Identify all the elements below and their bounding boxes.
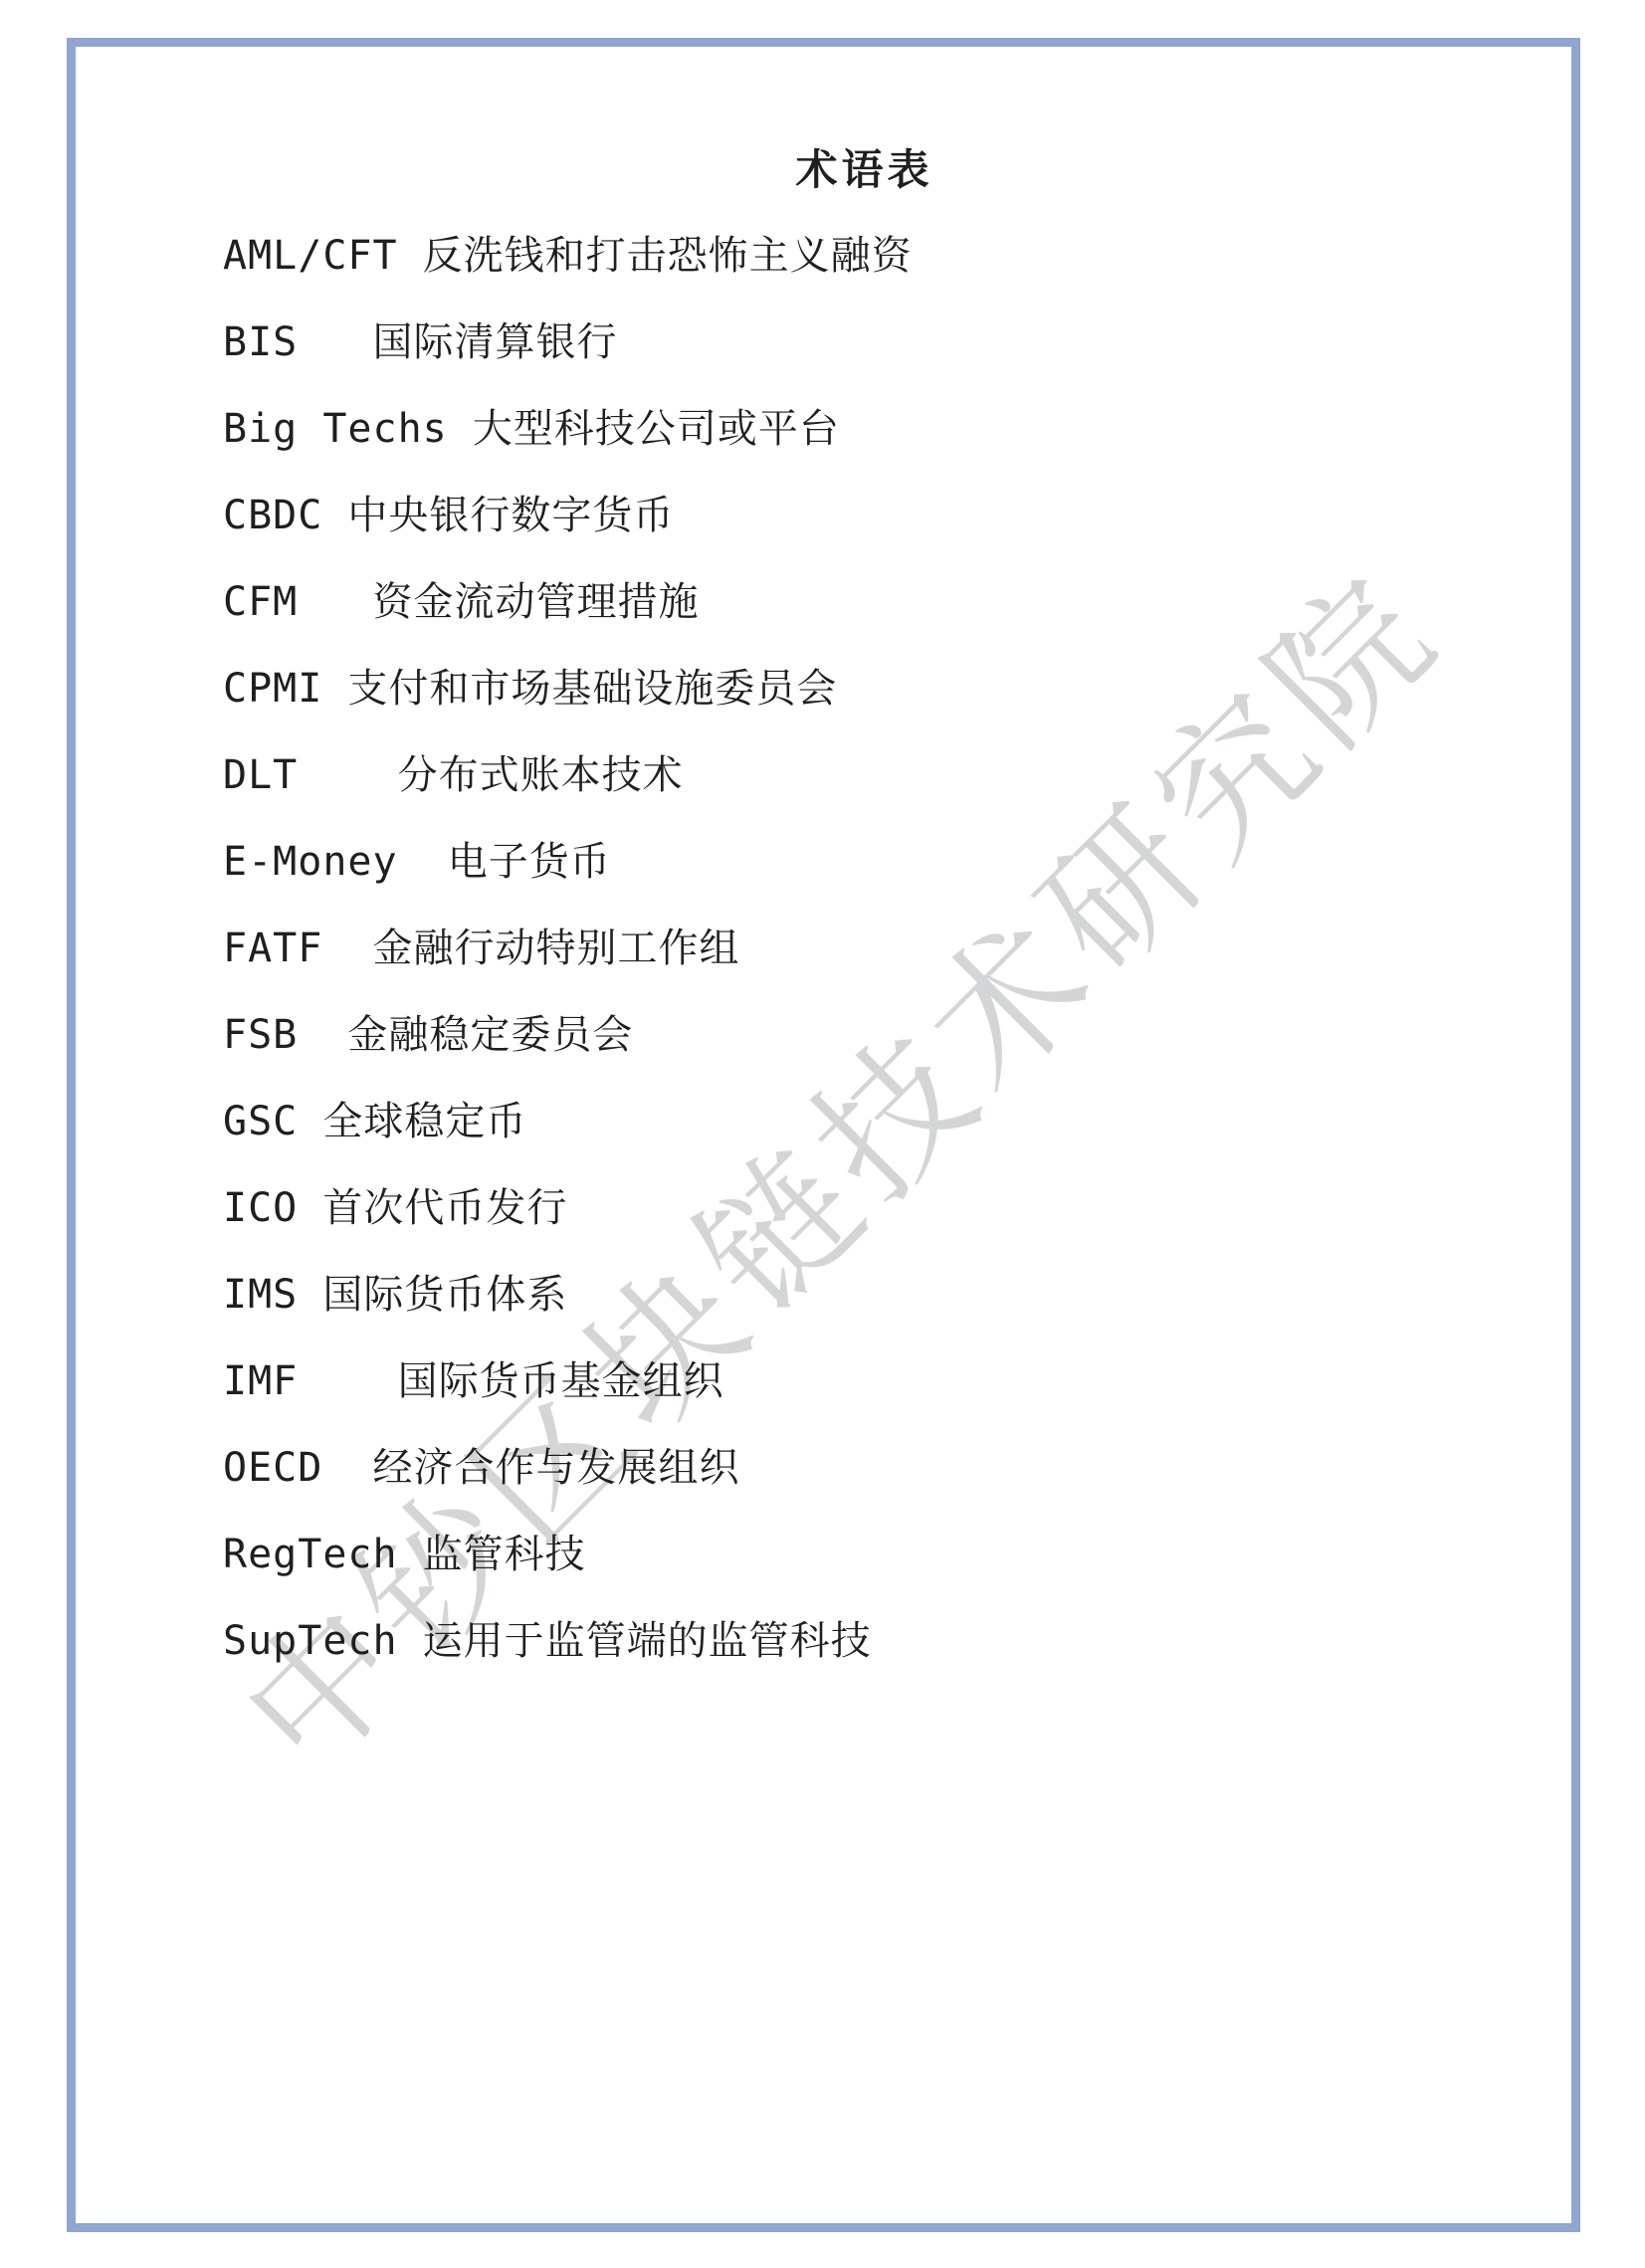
page-content: 术语表 AML/CFT 反洗钱和打击恐怖主义融资 BIS 国际清算银行 Big … [223, 126, 1506, 1685]
glossary-item: OECD 经济合作与发展组织 [223, 1425, 1506, 1512]
glossary-item: DLT 分布式账本技术 [223, 732, 1506, 819]
glossary-item: AML/CFT 反洗钱和打击恐怖主义融资 [223, 213, 1506, 300]
glossary-item: FSB 金融稳定委员会 [223, 992, 1506, 1079]
glossary-item: IMF 国际货币基金组织 [223, 1339, 1506, 1425]
glossary-item: GSC 全球稳定币 [223, 1079, 1506, 1165]
glossary-item: BIS 国际清算银行 [223, 300, 1506, 386]
glossary-item: CFM 资金流动管理措施 [223, 559, 1506, 646]
glossary-item: ICO 首次代币发行 [223, 1165, 1506, 1252]
glossary-item: CPMI 支付和市场基础设施委员会 [223, 646, 1506, 732]
page-title: 术语表 [223, 126, 1506, 213]
glossary-item: E-Money 电子货币 [223, 819, 1506, 906]
glossary-item: FATF 金融行动特别工作组 [223, 906, 1506, 992]
glossary-item: Big Techs 大型科技公司或平台 [223, 386, 1506, 473]
document-page: 中钞区块链技术研究院 术语表 AML/CFT 反洗钱和打击恐怖主义融资 BIS … [0, 0, 1645, 2268]
glossary-item: SupTech 运用于监管端的监管科技 [223, 1598, 1506, 1685]
glossary-item: IMS 国际货币体系 [223, 1252, 1506, 1339]
glossary-item: RegTech 监管科技 [223, 1512, 1506, 1598]
glossary-list: AML/CFT 反洗钱和打击恐怖主义融资 BIS 国际清算银行 Big Tech… [223, 213, 1506, 1685]
glossary-item: CBDC 中央银行数字货币 [223, 473, 1506, 559]
